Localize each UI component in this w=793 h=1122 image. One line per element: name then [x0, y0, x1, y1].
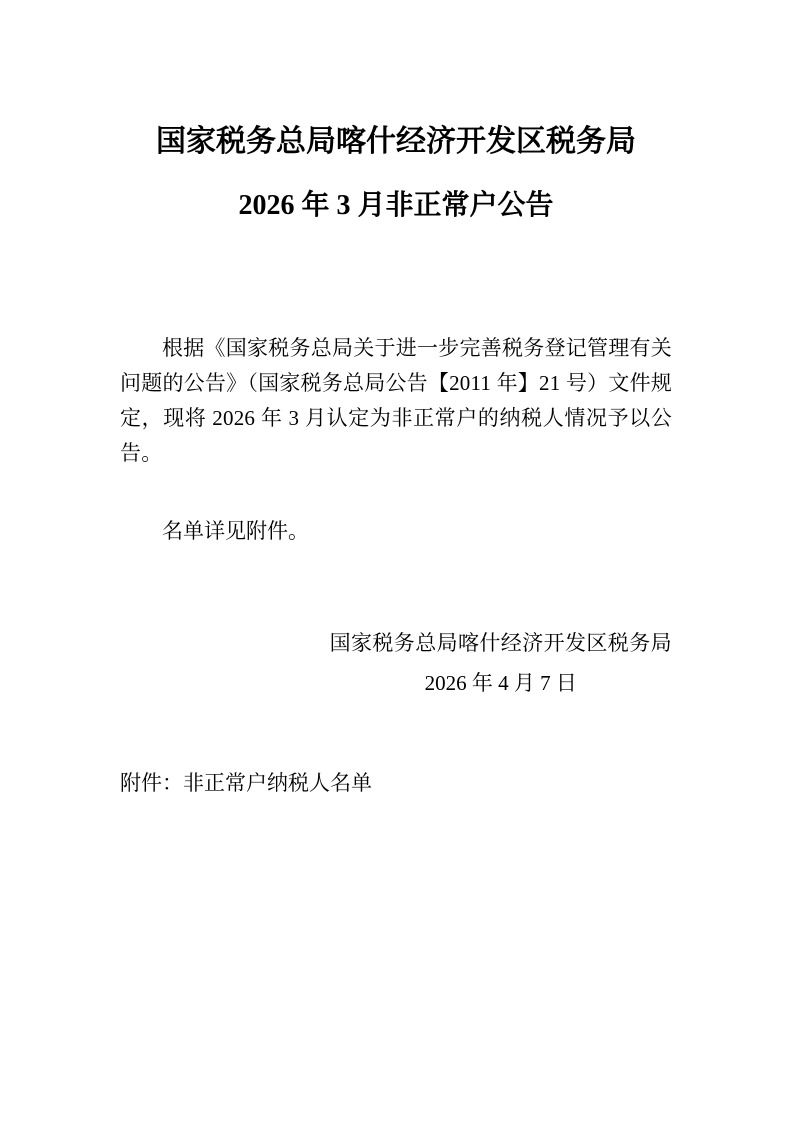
- signature-date: 2026 年 4 月 7 日: [425, 663, 577, 703]
- document-page: 国家税务总局喀什经济开发区税务局 2026 年 3 月非正常户公告 根据《国家税…: [0, 0, 793, 1122]
- signature-block: 国家税务总局喀什经济开发区税务局 2026 年 4 月 7 日: [330, 623, 672, 703]
- attachment-label: 附件：非正常户纳税人名单: [120, 766, 672, 801]
- document-title-line1: 国家税务总局喀什经济开发区税务局: [120, 0, 672, 159]
- list-note: 名单详见附件。: [120, 514, 672, 549]
- document-title-line2: 2026 年 3 月非正常户公告: [120, 190, 672, 222]
- signature-issuer: 国家税务总局喀什经济开发区税务局: [330, 623, 672, 663]
- document-content: 国家税务总局喀什经济开发区税务局 2026 年 3 月非正常户公告 根据《国家税…: [120, 0, 672, 801]
- body-paragraph: 根据《国家税务总局关于进一步完善税务登记管理有关问题的公告》（国家税务总局公告【…: [120, 331, 672, 471]
